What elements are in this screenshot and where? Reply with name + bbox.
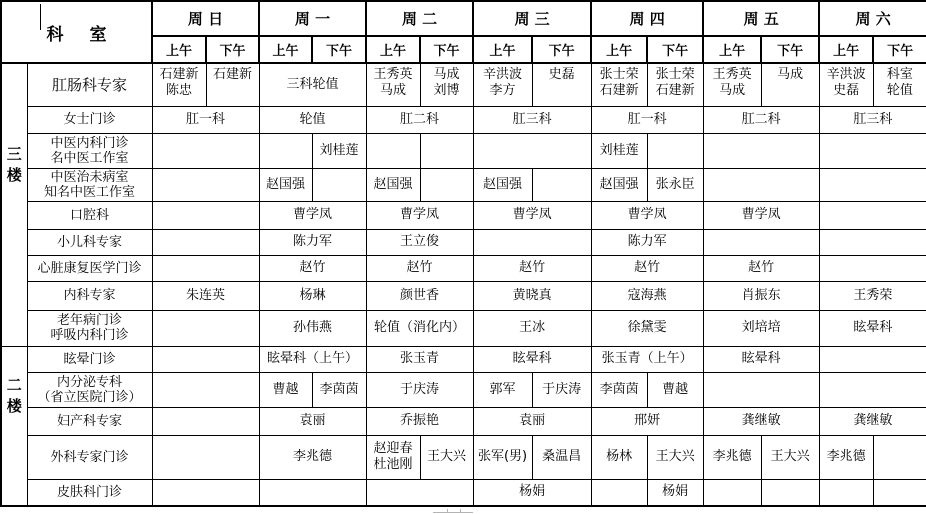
cell-r6-d2[interactable]: 赵竹	[366, 255, 473, 281]
cell-text-line: 赵迎春	[367, 441, 420, 457]
cell-text-line: 杨娟	[474, 484, 591, 500]
cell-text-line: 内科专家	[28, 288, 152, 303]
cell-text-line: 邢妍	[592, 413, 703, 429]
cell-r2-d6[interactable]	[819, 133, 926, 168]
cell-text-line: 杜池刚	[367, 457, 420, 473]
cell-r3-d2-pm[interactable]	[420, 168, 473, 201]
cell-r13-d4-am[interactable]	[591, 479, 647, 506]
cell-text-line: 曹学凤	[474, 207, 591, 223]
cell-r6-d1[interactable]: 赵竹	[259, 255, 366, 281]
dept-cell-6[interactable]: 心脏康复医学门诊	[27, 255, 152, 281]
cell-text-line: 名中医工作室	[28, 151, 152, 166]
schedule-row: 老年病门诊呼吸内科门诊孙伟燕轮值（消化内）王冰徐黛雯刘培培眩晕科	[1, 310, 926, 346]
cell-r13-d4-pm[interactable]: 杨娟	[647, 479, 703, 506]
cell-text-line: 眩晕科	[820, 320, 926, 336]
cell-text-line: 张军(男)	[474, 449, 532, 465]
cell-text-line: 袁丽	[260, 413, 366, 429]
cell-r6-d3[interactable]: 赵竹	[473, 255, 591, 281]
dept-cell-0[interactable]: 肛肠科专家	[27, 63, 152, 106]
cell-r13-d1[interactable]	[259, 479, 366, 506]
cell-r3-d4-pm[interactable]: 张永臣	[647, 168, 703, 201]
cell-text-line: 赵竹	[704, 260, 819, 276]
cell-r12-d2-pm[interactable]: 王大兴	[420, 435, 473, 479]
cell-r7-d1[interactable]: 杨琳	[259, 281, 366, 310]
am-header-2[interactable]: 上午	[366, 36, 420, 63]
cell-text-line: 张士荣	[648, 67, 703, 83]
cell-text-line: 王立俊	[367, 234, 473, 250]
cell-r3-d5[interactable]	[703, 168, 819, 201]
cell-r2-d4-pm[interactable]	[647, 133, 703, 168]
cell-r11-d3[interactable]: 袁丽	[473, 407, 591, 435]
cell-text-line: 肛三科	[820, 112, 926, 128]
cell-text-line: 眩晕科（上午）	[260, 351, 366, 367]
cell-r3-d2-am[interactable]: 赵国强	[366, 168, 420, 201]
cell-text-line: 刘培培	[704, 320, 819, 336]
day-header-0[interactable]: 周 日	[152, 1, 259, 36]
cell-text-line: 女士门诊	[28, 112, 152, 127]
cell-text-line: 杨琳	[260, 288, 366, 304]
schedule-row: 女士门诊肛一科轮值肛二科肛三科肛一科肛二科肛三科	[1, 106, 926, 133]
cell-r8-d5[interactable]: 刘培培	[703, 310, 819, 346]
cell-text-line: 肛肠科专家	[28, 76, 152, 94]
cell-r2-d3[interactable]	[473, 133, 591, 168]
cell-text-line: 辛洪波	[474, 67, 532, 83]
cell-r4-d0[interactable]	[152, 201, 259, 229]
cell-r0-d0-pm[interactable]: 石建新	[206, 63, 259, 106]
cell-r8-d2[interactable]: 轮值（消化内）	[366, 310, 473, 346]
cell-r8-d6[interactable]: 眩晕科	[819, 310, 926, 346]
cell-text-line: 肖振东	[704, 288, 819, 304]
cell-text-line: 辛洪波	[820, 67, 873, 83]
cell-r6-d4[interactable]: 赵竹	[591, 255, 703, 281]
schedule-sheet: 科 室周 日周 一周 二周 三周 四周 五周 六上午下午上午下午上午下午上午下午…	[0, 0, 926, 514]
cell-r4-d1[interactable]: 曹学凤	[259, 201, 366, 229]
cell-text-line: 呼吸内科门诊	[28, 328, 152, 343]
cell-r6-d6[interactable]	[819, 255, 926, 281]
cell-text-line: 曹学凤	[367, 207, 473, 223]
cell-text-line: 中医内科门诊	[28, 136, 152, 151]
cell-r9-d0[interactable]	[152, 346, 259, 372]
cell-text-line: 陈力军	[260, 234, 366, 250]
cell-text-line: 王大兴	[421, 449, 473, 465]
cell-r10-d4-am[interactable]: 李茵茵	[591, 372, 647, 407]
cell-r12-d6-pm[interactable]	[873, 435, 926, 479]
cell-text-line: 三科轮值	[260, 77, 366, 93]
cell-text-line: 孙伟燕	[260, 320, 366, 336]
cell-text-line: 朱连英	[153, 288, 259, 304]
cell-r7-d2[interactable]: 颜世香	[366, 281, 473, 310]
cell-text-line: 黄晓真	[474, 288, 591, 304]
cell-r5-d5[interactable]	[703, 229, 819, 255]
cell-text-line: 知名中医工作室	[28, 185, 152, 200]
cell-text-line: 皮肤科门诊	[28, 485, 152, 500]
floor-label-3f[interactable]: 三楼	[1, 63, 27, 346]
floor-label-2f[interactable]: 二楼	[1, 346, 27, 506]
cell-text-line: 马成	[762, 67, 819, 83]
cell-text-line: 张永臣	[648, 177, 703, 193]
cell-r0-d2-am[interactable]: 王秀英马成	[366, 63, 420, 106]
cell-text-line: 肛一科	[592, 112, 703, 128]
cell-text-line: 乔振艳	[367, 413, 473, 429]
cell-r1-d5[interactable]: 肛二科	[703, 106, 819, 133]
cell-text-line: 石建新	[592, 83, 647, 99]
cell-r11-d1[interactable]: 袁丽	[259, 407, 366, 435]
day-header-1[interactable]: 周 一	[259, 1, 366, 36]
cell-r3-d4-am[interactable]: 赵国强	[591, 168, 647, 201]
cell-text-line: 轮值	[260, 112, 366, 128]
cell-text-line: 科室	[874, 67, 926, 83]
cell-text-line: 陈力军	[592, 234, 703, 250]
cell-text-line: 赵国强	[474, 177, 532, 193]
cell-r3-d1-am[interactable]: 赵国强	[259, 168, 312, 201]
cell-r10-d3-am[interactable]: 郭军	[473, 372, 532, 407]
schedule-row: 中医内科门诊名中医工作室刘桂莲刘桂莲	[1, 133, 926, 168]
schedule-row: 三楼肛肠科专家石建新陈忠石建新三科轮值王秀英马成马成刘博辛洪波李方史磊张士荣石建…	[1, 63, 926, 106]
cell-r12-d3-am[interactable]: 张军(男)	[473, 435, 532, 479]
cell-r0-d6-pm[interactable]: 科室轮值	[873, 63, 926, 106]
cell-text-line: 史磊	[533, 67, 591, 83]
cell-r4-d2[interactable]: 曹学凤	[366, 201, 473, 229]
cell-text-line: 曹学凤	[592, 207, 703, 223]
cell-text-line: 王秀荣	[820, 288, 926, 304]
cell-r1-d6[interactable]: 肛三科	[819, 106, 926, 133]
cell-r6-d5[interactable]: 赵竹	[703, 255, 819, 281]
cell-text-line: 杨娟	[648, 484, 703, 500]
cell-r12-d5-pm[interactable]: 王大兴	[761, 435, 819, 479]
dept-cell-1[interactable]: 女士门诊	[27, 106, 152, 133]
cell-r8-d1[interactable]: 孙伟燕	[259, 310, 366, 346]
dept-cell-9[interactable]: 眩晕门诊	[27, 346, 152, 372]
schedule-row: 小儿科专家陈力军王立俊陈力军	[1, 229, 926, 255]
cell-text-line: 颜世香	[367, 288, 473, 304]
cell-r10-d3-pm[interactable]: 于庆涛	[532, 372, 591, 407]
cell-r1-d3[interactable]: 肛三科	[473, 106, 591, 133]
dept-column-header[interactable]: 科 室	[1, 1, 152, 63]
day-header-3[interactable]: 周 三	[473, 1, 591, 36]
day-header-6[interactable]: 周 六	[819, 1, 926, 36]
dept-cell-3[interactable]: 中医治未病室知名中医工作室	[27, 168, 152, 201]
day-header-4[interactable]: 周 四	[591, 1, 703, 36]
cell-text-line: 史磊	[820, 83, 873, 99]
cell-text-line: （省立医院门诊）	[28, 390, 152, 405]
pm-header-4[interactable]: 下午	[647, 36, 703, 63]
dept-cell-8[interactable]: 老年病门诊呼吸内科门诊	[27, 310, 152, 346]
dept-cell-12[interactable]: 外科专家门诊	[27, 435, 152, 479]
cell-text-line: 马成	[704, 83, 761, 99]
cell-r5-d3[interactable]	[473, 229, 591, 255]
dept-cell-4[interactable]: 口腔科	[27, 201, 152, 229]
cell-text-line: 李茵茵	[313, 382, 366, 398]
dept-cell-11[interactable]: 妇产科专家	[27, 407, 152, 435]
cell-text-line: 三	[2, 144, 27, 165]
cell-text-line: 眩晕门诊	[28, 352, 152, 367]
schedule-row: 内分泌专科（省立医院门诊）曹越李茵茵于庆涛郭军于庆涛李茵茵曹越	[1, 372, 926, 407]
cell-r5-d1[interactable]: 陈力军	[259, 229, 366, 255]
cell-r9-d4[interactable]: 张玉青（上午）	[591, 346, 703, 372]
cell-text-line: 轮值	[874, 83, 926, 99]
cell-r5-d4[interactable]: 陈力军	[591, 229, 703, 255]
cell-r0-d1[interactable]: 三科轮值	[259, 63, 366, 106]
cell-r4-d4[interactable]: 曹学凤	[591, 201, 703, 229]
cell-r6-d0[interactable]	[152, 255, 259, 281]
cell-text-line: 袁丽	[474, 413, 591, 429]
cell-text-line: 楼	[2, 396, 27, 417]
cell-text-line: 肛三科	[474, 112, 591, 128]
cell-r2-d2-pm[interactable]	[420, 133, 473, 168]
schedule-row: 心脏康复医学门诊赵竹赵竹赵竹赵竹赵竹	[1, 255, 926, 281]
cell-r10-d1-pm[interactable]: 李茵茵	[312, 372, 366, 407]
cell-text-line: 李茵茵	[592, 382, 647, 398]
cell-r9-d1[interactable]: 眩晕科（上午）	[259, 346, 366, 372]
cell-text-line: 赵国强	[367, 177, 420, 193]
cell-r12-d4-pm[interactable]: 王大兴	[647, 435, 703, 479]
cell-r3-d3-pm[interactable]	[532, 168, 591, 201]
pm-header-1[interactable]: 下午	[312, 36, 366, 63]
day-header-5[interactable]: 周 五	[703, 1, 819, 36]
dept-cell-13[interactable]: 皮肤科门诊	[27, 479, 152, 506]
cell-text-line: 曹越	[260, 382, 312, 398]
cell-r10-d2[interactable]: 于庆涛	[366, 372, 473, 407]
cell-r2-d1-am[interactable]	[259, 133, 312, 168]
cell-text-line: 心脏康复医学门诊	[28, 261, 152, 276]
cell-text-line: 肛一科	[153, 112, 259, 128]
cell-text-line: 王大兴	[648, 449, 703, 465]
cell-text-line: 中医治未病室	[28, 170, 152, 185]
cell-text-line: 寇海燕	[592, 288, 703, 304]
cell-r11-d4[interactable]: 邢妍	[591, 407, 703, 435]
cell-text-line: 楼	[2, 165, 27, 186]
dept-cell-5[interactable]: 小儿科专家	[27, 229, 152, 255]
cell-r4-d5[interactable]: 曹学凤	[703, 201, 819, 229]
cell-r1-d0[interactable]: 肛一科	[152, 106, 259, 133]
cell-r12-d1[interactable]: 李兆德	[259, 435, 366, 479]
cell-text-line: 张士荣	[592, 67, 647, 83]
schedule-row: 妇产科专家袁丽乔振艳袁丽邢妍龚继敏龚继敏	[1, 407, 926, 435]
cell-r11-d2[interactable]: 乔振艳	[366, 407, 473, 435]
cell-r4-d6[interactable]	[819, 201, 926, 229]
cell-r8-d0[interactable]	[152, 310, 259, 346]
cell-text-line: 于庆涛	[367, 382, 473, 398]
cell-text-line: 张玉青	[367, 351, 473, 367]
schedule-table: 科 室周 日周 一周 二周 三周 四周 五周 六上午下午上午下午上午下午上午下午…	[0, 0, 926, 507]
cell-text-line: 曹越	[648, 382, 703, 398]
cell-r7-d5[interactable]: 肖振东	[703, 281, 819, 310]
cell-text-line: 陈忠	[153, 83, 206, 99]
cell-text-line: 石建新	[153, 67, 206, 83]
cell-text-line: 马成	[367, 83, 420, 99]
cell-r7-d4[interactable]: 寇海燕	[591, 281, 703, 310]
cell-r12-d0[interactable]	[152, 435, 259, 479]
cell-r12-d6-am[interactable]: 李兆德	[819, 435, 873, 479]
cell-r0-d3-am[interactable]: 辛洪波李方	[473, 63, 532, 106]
cell-r0-d5-am[interactable]: 王秀英马成	[703, 63, 761, 106]
cell-r10-d5[interactable]	[703, 372, 819, 407]
cell-text-line: 刘博	[421, 83, 473, 99]
cell-text-line: 郭军	[474, 382, 532, 398]
schedule-row: 外科专家门诊李兆德赵迎春杜池刚王大兴张军(男)桑温昌杨林王大兴李兆德王大兴李兆德	[1, 435, 926, 479]
cell-text-line: 李兆德	[820, 449, 873, 465]
schedule-row: 口腔科曹学凤曹学凤曹学凤曹学凤曹学凤	[1, 201, 926, 229]
cell-r10-d4-pm[interactable]: 曹越	[647, 372, 703, 407]
am-header-0[interactable]: 上午	[152, 36, 206, 63]
cell-r2-d2-am[interactable]	[366, 133, 420, 168]
am-header-3[interactable]: 上午	[473, 36, 532, 63]
cell-r11-d6[interactable]: 龚继敏	[819, 407, 926, 435]
cell-text-line: 轮值（消化内）	[367, 320, 473, 336]
cell-text-line: 李兆德	[260, 449, 366, 465]
cell-text-line: 徐黛雯	[592, 320, 703, 336]
cell-text-line: 肛二科	[367, 112, 473, 128]
cell-r7-d6[interactable]: 王秀荣	[819, 281, 926, 310]
cell-r0-d6-am[interactable]: 辛洪波史磊	[819, 63, 873, 106]
cell-r8-d3[interactable]: 王冰	[473, 310, 591, 346]
am-header-5[interactable]: 上午	[703, 36, 761, 63]
cell-text-line: 王冰	[474, 320, 591, 336]
cell-r8-d4[interactable]: 徐黛雯	[591, 310, 703, 346]
cell-text-line: 妇产科专家	[28, 414, 152, 429]
cell-r12-d3-pm[interactable]: 桑温昌	[532, 435, 591, 479]
day-header-2[interactable]: 周 二	[366, 1, 473, 36]
am-header-4[interactable]: 上午	[591, 36, 647, 63]
cell-r13-d6-pm[interactable]	[873, 479, 926, 506]
cell-r1-d2[interactable]: 肛二科	[366, 106, 473, 133]
cell-text-line: 张玉青（上午）	[592, 351, 703, 367]
cell-text-line: 眩晕科	[704, 351, 819, 367]
pm-header-2[interactable]: 下午	[420, 36, 473, 63]
cell-r0-d4-am[interactable]: 张士荣石建新	[591, 63, 647, 106]
cell-r9-d6[interactable]	[819, 346, 926, 372]
cell-text-line: 曹学凤	[260, 207, 366, 223]
cell-text-line: 赵竹	[474, 260, 591, 276]
cell-text-line: 赵国强	[592, 177, 647, 193]
cell-text-line: 李方	[474, 83, 532, 99]
pm-header-6[interactable]: 下午	[873, 36, 926, 63]
dept-cell-2[interactable]: 中医内科门诊名中医工作室	[27, 133, 152, 168]
schedule-row: 内科专家朱连英杨琳颜世香黄晓真寇海燕肖振东王秀荣	[1, 281, 926, 310]
cell-text-line: 内分泌专科	[28, 375, 152, 390]
cell-text-line: 石建新	[207, 67, 259, 83]
cell-r12-d5-am[interactable]: 李兆德	[703, 435, 761, 479]
text-cursor	[40, 4, 41, 30]
cell-text-line: 于庆涛	[533, 382, 591, 398]
cell-r12-d4-am[interactable]: 杨林	[591, 435, 647, 479]
cell-r1-d1[interactable]: 轮值	[259, 106, 366, 133]
cell-text-line: 龚继敏	[704, 413, 819, 429]
pm-header-5[interactable]: 下午	[761, 36, 819, 63]
cell-text-line: 外科专家门诊	[28, 450, 152, 465]
cell-text-line: 赵竹	[260, 260, 366, 276]
cell-text-line: 王大兴	[762, 449, 819, 465]
cell-r5-d2[interactable]: 王立俊	[366, 229, 473, 255]
cell-text-line: 肛二科	[704, 112, 819, 128]
cell-r2-d0[interactable]	[152, 133, 259, 168]
am-header-1[interactable]: 上午	[259, 36, 312, 63]
cell-r2-d4-am[interactable]: 刘桂莲	[591, 133, 647, 168]
cell-text-line: 二	[2, 375, 27, 396]
cell-text-line: 小儿科专家	[28, 235, 152, 250]
cell-r9-d3[interactable]: 眩晕科	[473, 346, 591, 372]
cell-r0-d0-am[interactable]: 石建新陈忠	[152, 63, 206, 106]
cell-r10-d1-am[interactable]: 曹越	[259, 372, 312, 407]
cell-r3-d1-pm[interactable]	[312, 168, 366, 201]
cell-r0-d5-pm[interactable]: 马成	[761, 63, 819, 106]
cell-text-line: 赵竹	[592, 260, 703, 276]
pm-header-0[interactable]: 下午	[206, 36, 259, 63]
cell-text-line: 赵竹	[367, 260, 473, 276]
cell-r5-d6[interactable]	[819, 229, 926, 255]
schedule-row: 二楼眩晕门诊眩晕科（上午）张玉青眩晕科张玉青（上午）眩晕科	[1, 346, 926, 372]
cell-text-line: 口腔科	[28, 208, 152, 223]
cell-r13-d6-am[interactable]	[819, 479, 873, 506]
cell-text-line: 老年病门诊	[28, 313, 152, 328]
pm-header-3[interactable]: 下午	[532, 36, 591, 63]
cell-text-line: 李兆德	[704, 449, 761, 465]
cell-r9-d5[interactable]: 眩晕科	[703, 346, 819, 372]
schedule-row: 皮肤科门诊杨娟杨娟	[1, 479, 926, 506]
cell-r10-d0[interactable]	[152, 372, 259, 407]
cell-text-line: 王秀英	[704, 67, 761, 83]
cell-r10-d6[interactable]	[819, 372, 926, 407]
cell-text-line: 石建新	[648, 83, 703, 99]
cell-r11-d5[interactable]: 龚继敏	[703, 407, 819, 435]
dept-cell-7[interactable]: 内科专家	[27, 281, 152, 310]
cell-text-line: 刘桂莲	[592, 143, 647, 159]
cell-r9-d2[interactable]: 张玉青	[366, 346, 473, 372]
cell-r13-d0[interactable]	[152, 479, 259, 506]
am-header-6[interactable]: 上午	[819, 36, 873, 63]
cell-text-line: 龚继敏	[820, 413, 926, 429]
cell-text-line: 眩晕科	[474, 351, 591, 367]
cell-r2-d1-pm[interactable]: 刘桂莲	[312, 133, 366, 168]
cell-r0-d4-pm[interactable]: 张士荣石建新	[647, 63, 703, 106]
schedule-row: 中医治未病室知名中医工作室赵国强赵国强赵国强赵国强张永臣	[1, 168, 926, 201]
cell-r0-d3-pm[interactable]: 史磊	[532, 63, 591, 106]
cell-r7-d0[interactable]: 朱连英	[152, 281, 259, 310]
dept-cell-10[interactable]: 内分泌专科（省立医院门诊）	[27, 372, 152, 407]
cell-text-line: 刘桂莲	[313, 143, 366, 159]
cell-r11-d0[interactable]	[152, 407, 259, 435]
cell-text-line: 曹学凤	[704, 207, 819, 223]
cell-r13-d3[interactable]: 杨娟	[473, 479, 591, 506]
header-row-days: 科 室周 日周 一周 二周 三周 四周 五周 六	[1, 1, 926, 36]
cell-text-line: 赵国强	[260, 177, 312, 193]
cell-r3-d6[interactable]	[819, 168, 926, 201]
cell-r7-d3[interactable]: 黄晓真	[473, 281, 591, 310]
cell-r13-d2[interactable]	[366, 479, 473, 506]
cell-r1-d4[interactable]: 肛一科	[591, 106, 703, 133]
cell-r0-d2-pm[interactable]: 马成刘博	[420, 63, 473, 106]
cell-r4-d3[interactable]: 曹学凤	[473, 201, 591, 229]
cell-r13-d5-am[interactable]	[703, 479, 761, 506]
cell-r3-d3-am[interactable]: 赵国强	[473, 168, 532, 201]
partial-clipped-content	[433, 509, 473, 513]
cell-text-line: 桑温昌	[533, 449, 591, 465]
cell-r13-d5-pm[interactable]	[761, 479, 819, 506]
cell-r12-d2-am[interactable]: 赵迎春杜池刚	[366, 435, 420, 479]
cell-text-line: 杨林	[592, 449, 647, 465]
cell-text-line: 王秀英	[367, 67, 420, 83]
cell-text-line: 马成	[421, 67, 473, 83]
cell-r5-d0[interactable]	[152, 229, 259, 255]
cell-r2-d5[interactable]	[703, 133, 819, 168]
cell-r3-d0[interactable]	[152, 168, 259, 201]
